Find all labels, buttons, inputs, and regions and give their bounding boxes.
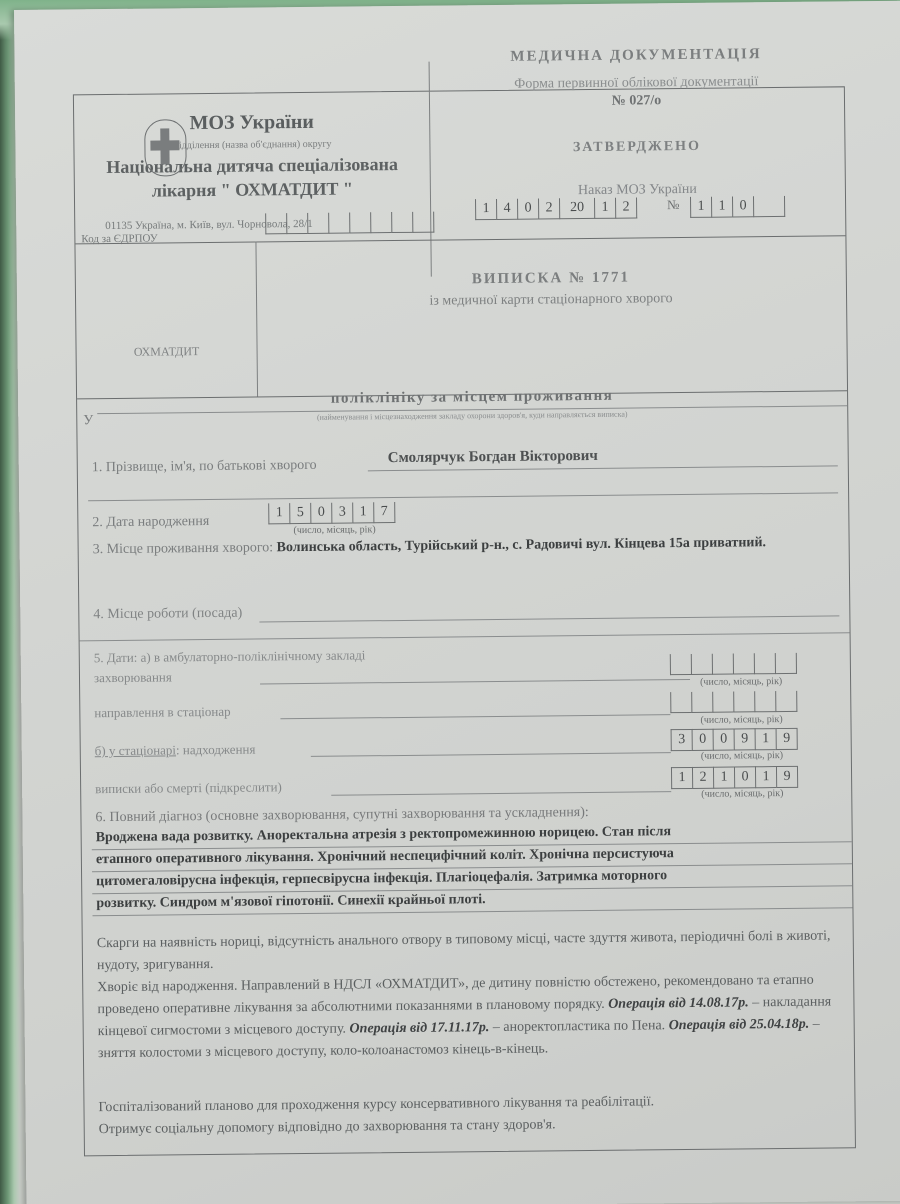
dob-digits: 1 5 0 3 1 7	[268, 502, 395, 524]
work-line	[259, 615, 839, 622]
complaints-text: Скарги на наявність нориці, відсутність …	[97, 925, 842, 977]
logo-caption: ОХМАТДИТ	[77, 343, 257, 360]
order-date-digits: 1 4 0 2 20 1 2	[475, 197, 637, 220]
header-bottom-line	[75, 235, 845, 244]
referral-label: направлення в стаціонар	[94, 704, 230, 721]
diagnosis-line: Вроджена вада розвитку. Аноректальна атр…	[96, 824, 672, 846]
ohmatdyt-cross-logo-icon	[144, 119, 187, 176]
illness-date-boxes	[670, 653, 797, 675]
edrpou-label: Код за ЄДРПОУ	[81, 233, 157, 246]
operation-3-label: Операція від 25.04.18р.	[669, 1017, 810, 1033]
patient-name: Смолярчук Богдан Вікторович	[388, 448, 598, 467]
name-label: 1. Прізвище, ім'я, по батькові хворого	[92, 458, 317, 476]
diagnosis-line: етапного оперативного лікування. Хронічн…	[96, 846, 674, 868]
ministry-subtitle: Відділення (назва об'єднання) округу	[74, 138, 429, 153]
admission-label: б) у стаціонарі: надходження	[95, 742, 256, 760]
dob-label: 2. Дата народження	[92, 514, 209, 531]
admission-date-caption: (число, місяць, рік)	[701, 750, 783, 762]
diagnosis-line: цитомегаловірусна інфекція, герпесвірусн…	[96, 868, 667, 890]
hospital-name-line1: Національна дитяча спеціалізована	[75, 154, 430, 179]
discharge-date-digits: 1 2 1 0 1 9	[671, 766, 798, 789]
order-no-label: №	[667, 197, 680, 213]
discharge-line	[331, 791, 671, 796]
approved-label: ЗАТВЕРДЖЕНО	[429, 137, 844, 157]
admission-date-digits: 3 0 0 9 1 9	[671, 728, 798, 751]
hospital-name-line2: лікарня " ОХМАТДИТ "	[75, 178, 430, 203]
form-frame: МОЗ України Відділення (назва об'єднання…	[73, 86, 856, 1156]
residence: 3. Місце проживання хворого: Волинська о…	[93, 531, 843, 561]
discharge-label: виписки або смерті (підкреслити)	[95, 779, 282, 797]
residence-value: Волинська область, Турійський р-н., с. Р…	[277, 535, 767, 555]
recipient-prefix: У	[83, 413, 93, 429]
referral-date-caption: (число, місяць, рік)	[700, 714, 782, 726]
edrpou-boxes	[265, 212, 434, 235]
extract-subtitle: із медичної карти стаціонарного хворого	[256, 289, 846, 311]
dob-caption: (число, місяць, рік)	[293, 524, 375, 536]
admission-line	[311, 752, 671, 757]
form-number: № 027/о	[429, 91, 844, 111]
diagnosis-line: розвитку. Синдром м'язової гіпотонії. Си…	[96, 892, 485, 912]
line-after-name	[88, 492, 838, 501]
illness-label: захворювання	[94, 669, 172, 686]
operation-1-label: Операція від 14.08.17р.	[608, 995, 749, 1011]
extract-title: ВИПИСКА № 1771	[256, 267, 846, 290]
referral-date-boxes	[670, 691, 797, 713]
dates-label: 5. Дати: а) в амбулаторно-поліклінічному…	[94, 647, 366, 666]
med-doc-title: МЕДИЧНА ДОКУМЕНТАЦІЯ	[428, 45, 843, 66]
referral-line	[280, 714, 670, 719]
work-label: 4. Місце роботи (посада)	[93, 606, 242, 624]
diagnosis-label: 6. Повний діагноз (основне захворювання,…	[95, 805, 588, 826]
illness-date-caption: (число, місяць, рік)	[700, 676, 782, 688]
history-text: Хворіє від народження. Направлений в НДС…	[97, 969, 843, 1065]
operation-2-label: Операція від 17.11.17р.	[349, 1020, 489, 1036]
ministry-name: МОЗ України	[74, 110, 429, 137]
logo-divider	[255, 241, 258, 396]
form-label: Форма первинної облікової документації	[429, 73, 844, 93]
illness-line	[260, 679, 690, 685]
line-after-work	[80, 632, 850, 641]
residence-label: 3. Місце проживання хворого:	[93, 540, 274, 557]
document-page: МОЗ України Відділення (назва об'єднання…	[14, 1, 900, 1204]
discharge-date-caption: (число, місяць, рік)	[701, 788, 783, 800]
order-number-digits: 1 1 0	[690, 196, 785, 218]
